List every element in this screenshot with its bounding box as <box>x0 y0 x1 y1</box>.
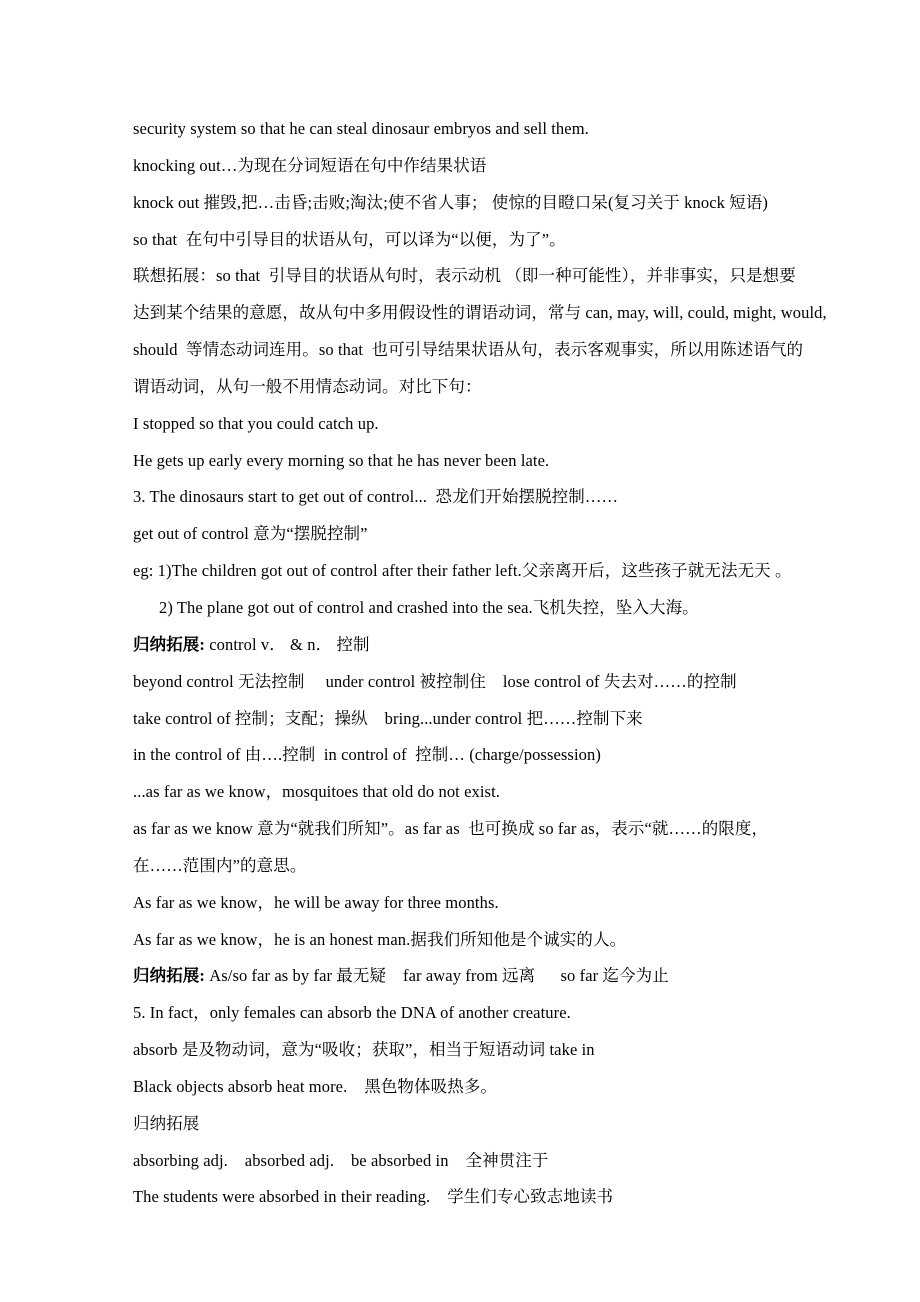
line-bold-prefix: 归纳拓展: <box>133 966 205 985</box>
line-text: as far as we know 意为“就我们所知”。as far as 也可… <box>133 819 768 838</box>
line-text: As far as we know，he will be away for th… <box>133 893 499 912</box>
line-text: knock out 摧毁,把…击昏;击败;淘汰;使不省人事； 使惊的目瞪口呆(复… <box>133 193 768 212</box>
text-line: so that 在句中引导目的状语从句，可以译为“以便，为了”。 <box>133 222 853 259</box>
text-line: 在……范围内”的意思。 <box>133 848 853 885</box>
text-line: security system so that he can steal din… <box>133 111 853 148</box>
text-line: get out of control 意为“摆脱控制” <box>133 516 853 553</box>
line-text: control v． & n． 控制 <box>205 635 370 654</box>
text-line: in the control of 由….控制 in control of 控制… <box>133 737 853 774</box>
text-line: take control of 控制；支配；操纵 bring...under c… <box>133 701 853 738</box>
text-line: eg: 1)The children got out of control af… <box>133 553 853 590</box>
line-text: 达到某个结果的意愿，故从句中多用假设性的谓语动词，常与 can, may, wi… <box>133 303 827 322</box>
text-line: 达到某个结果的意愿，故从句中多用假设性的谓语动词，常与 can, may, wi… <box>133 295 853 332</box>
text-line: 5. In fact，only females can absorb the D… <box>133 995 853 1032</box>
line-text: get out of control 意为“摆脱控制” <box>133 524 368 543</box>
text-line: absorb 是及物动词，意为“吸收；获取”，相当于短语动词 take in <box>133 1032 853 1069</box>
text-line: knocking out…为现在分词短语在句中作结果状语 <box>133 148 853 185</box>
text-line: absorbing adj. absorbed adj. be absorbed… <box>133 1143 853 1180</box>
text-line: 归纳拓展: control v． & n． 控制 <box>133 627 853 664</box>
line-text: in the control of 由….控制 in control of 控制… <box>133 745 601 764</box>
line-text: should 等情态动词连用。so that 也可引导结果状语从句，表示客观事实… <box>133 340 803 359</box>
document-page: security system so that he can steal din… <box>133 111 853 1216</box>
line-text: absorbing adj. absorbed adj. be absorbed… <box>133 1151 548 1170</box>
text-line: knock out 摧毁,把…击昏;击败;淘汰;使不省人事； 使惊的目瞪口呆(复… <box>133 185 853 222</box>
line-text: 在……范围内”的意思。 <box>133 856 306 875</box>
line-text: 归纳拓展 <box>133 1114 199 1133</box>
text-line: ...as far as we know，mosquitoes that old… <box>133 774 853 811</box>
line-text: He gets up early every morning so that h… <box>133 451 549 470</box>
text-line: 谓语动词，从句一般不用情态动词。对比下句： <box>133 369 853 406</box>
text-line: beyond control 无法控制 under control 被控制住 l… <box>133 664 853 701</box>
text-line: He gets up early every morning so that h… <box>133 443 853 480</box>
text-line: As far as we know，he is an honest man.据我… <box>133 922 853 959</box>
text-line: 3. The dinosaurs start to get out of con… <box>133 479 853 516</box>
text-line: 归纳拓展: As/so far as by far 最无疑 far away f… <box>133 958 853 995</box>
line-text: The students were absorbed in their read… <box>133 1187 613 1206</box>
line-text: ...as far as we know，mosquitoes that old… <box>133 782 500 801</box>
line-text: security system so that he can steal din… <box>133 119 589 138</box>
line-text: 联想拓展：so that 引导目的状语从句时，表示动机 （即一种可能性），并非事… <box>133 266 796 285</box>
text-line: As far as we know，he will be away for th… <box>133 885 853 922</box>
line-text: knocking out…为现在分词短语在句中作结果状语 <box>133 156 486 175</box>
line-text: absorb 是及物动词，意为“吸收；获取”，相当于短语动词 take in <box>133 1040 595 1059</box>
line-text: so that 在句中引导目的状语从句，可以译为“以便，为了”。 <box>133 230 566 249</box>
text-line: I stopped so that you could catch up. <box>133 406 853 443</box>
line-text: I stopped so that you could catch up. <box>133 414 379 433</box>
line-text: eg: 1)The children got out of control af… <box>133 561 792 580</box>
line-text: 5. In fact，only females can absorb the D… <box>133 1003 571 1022</box>
line-text: beyond control 无法控制 under control 被控制住 l… <box>133 672 737 691</box>
line-text: 谓语动词，从句一般不用情态动词。对比下句： <box>133 377 482 396</box>
text-line: should 等情态动词连用。so that 也可引导结果状语从句，表示客观事实… <box>133 332 853 369</box>
text-line: 2) The plane got out of control and cras… <box>133 590 853 627</box>
line-text: take control of 控制；支配；操纵 bring...under c… <box>133 709 643 728</box>
line-text: 2) The plane got out of control and cras… <box>159 598 699 617</box>
text-line: The students were absorbed in their read… <box>133 1179 853 1216</box>
line-bold-prefix: 归纳拓展: <box>133 635 205 654</box>
text-line: 归纳拓展 <box>133 1106 853 1143</box>
text-line: as far as we know 意为“就我们所知”。as far as 也可… <box>133 811 853 848</box>
line-text: 3. The dinosaurs start to get out of con… <box>133 487 618 506</box>
line-text: Black objects absorb heat more. 黑色物体吸热多。 <box>133 1077 497 1096</box>
text-line: 联想拓展：so that 引导目的状语从句时，表示动机 （即一种可能性），并非事… <box>133 258 853 295</box>
text-line: Black objects absorb heat more. 黑色物体吸热多。 <box>133 1069 853 1106</box>
line-text: As far as we know，he is an honest man.据我… <box>133 930 626 949</box>
line-text: As/so far as by far 最无疑 far away from 远离… <box>205 966 669 985</box>
